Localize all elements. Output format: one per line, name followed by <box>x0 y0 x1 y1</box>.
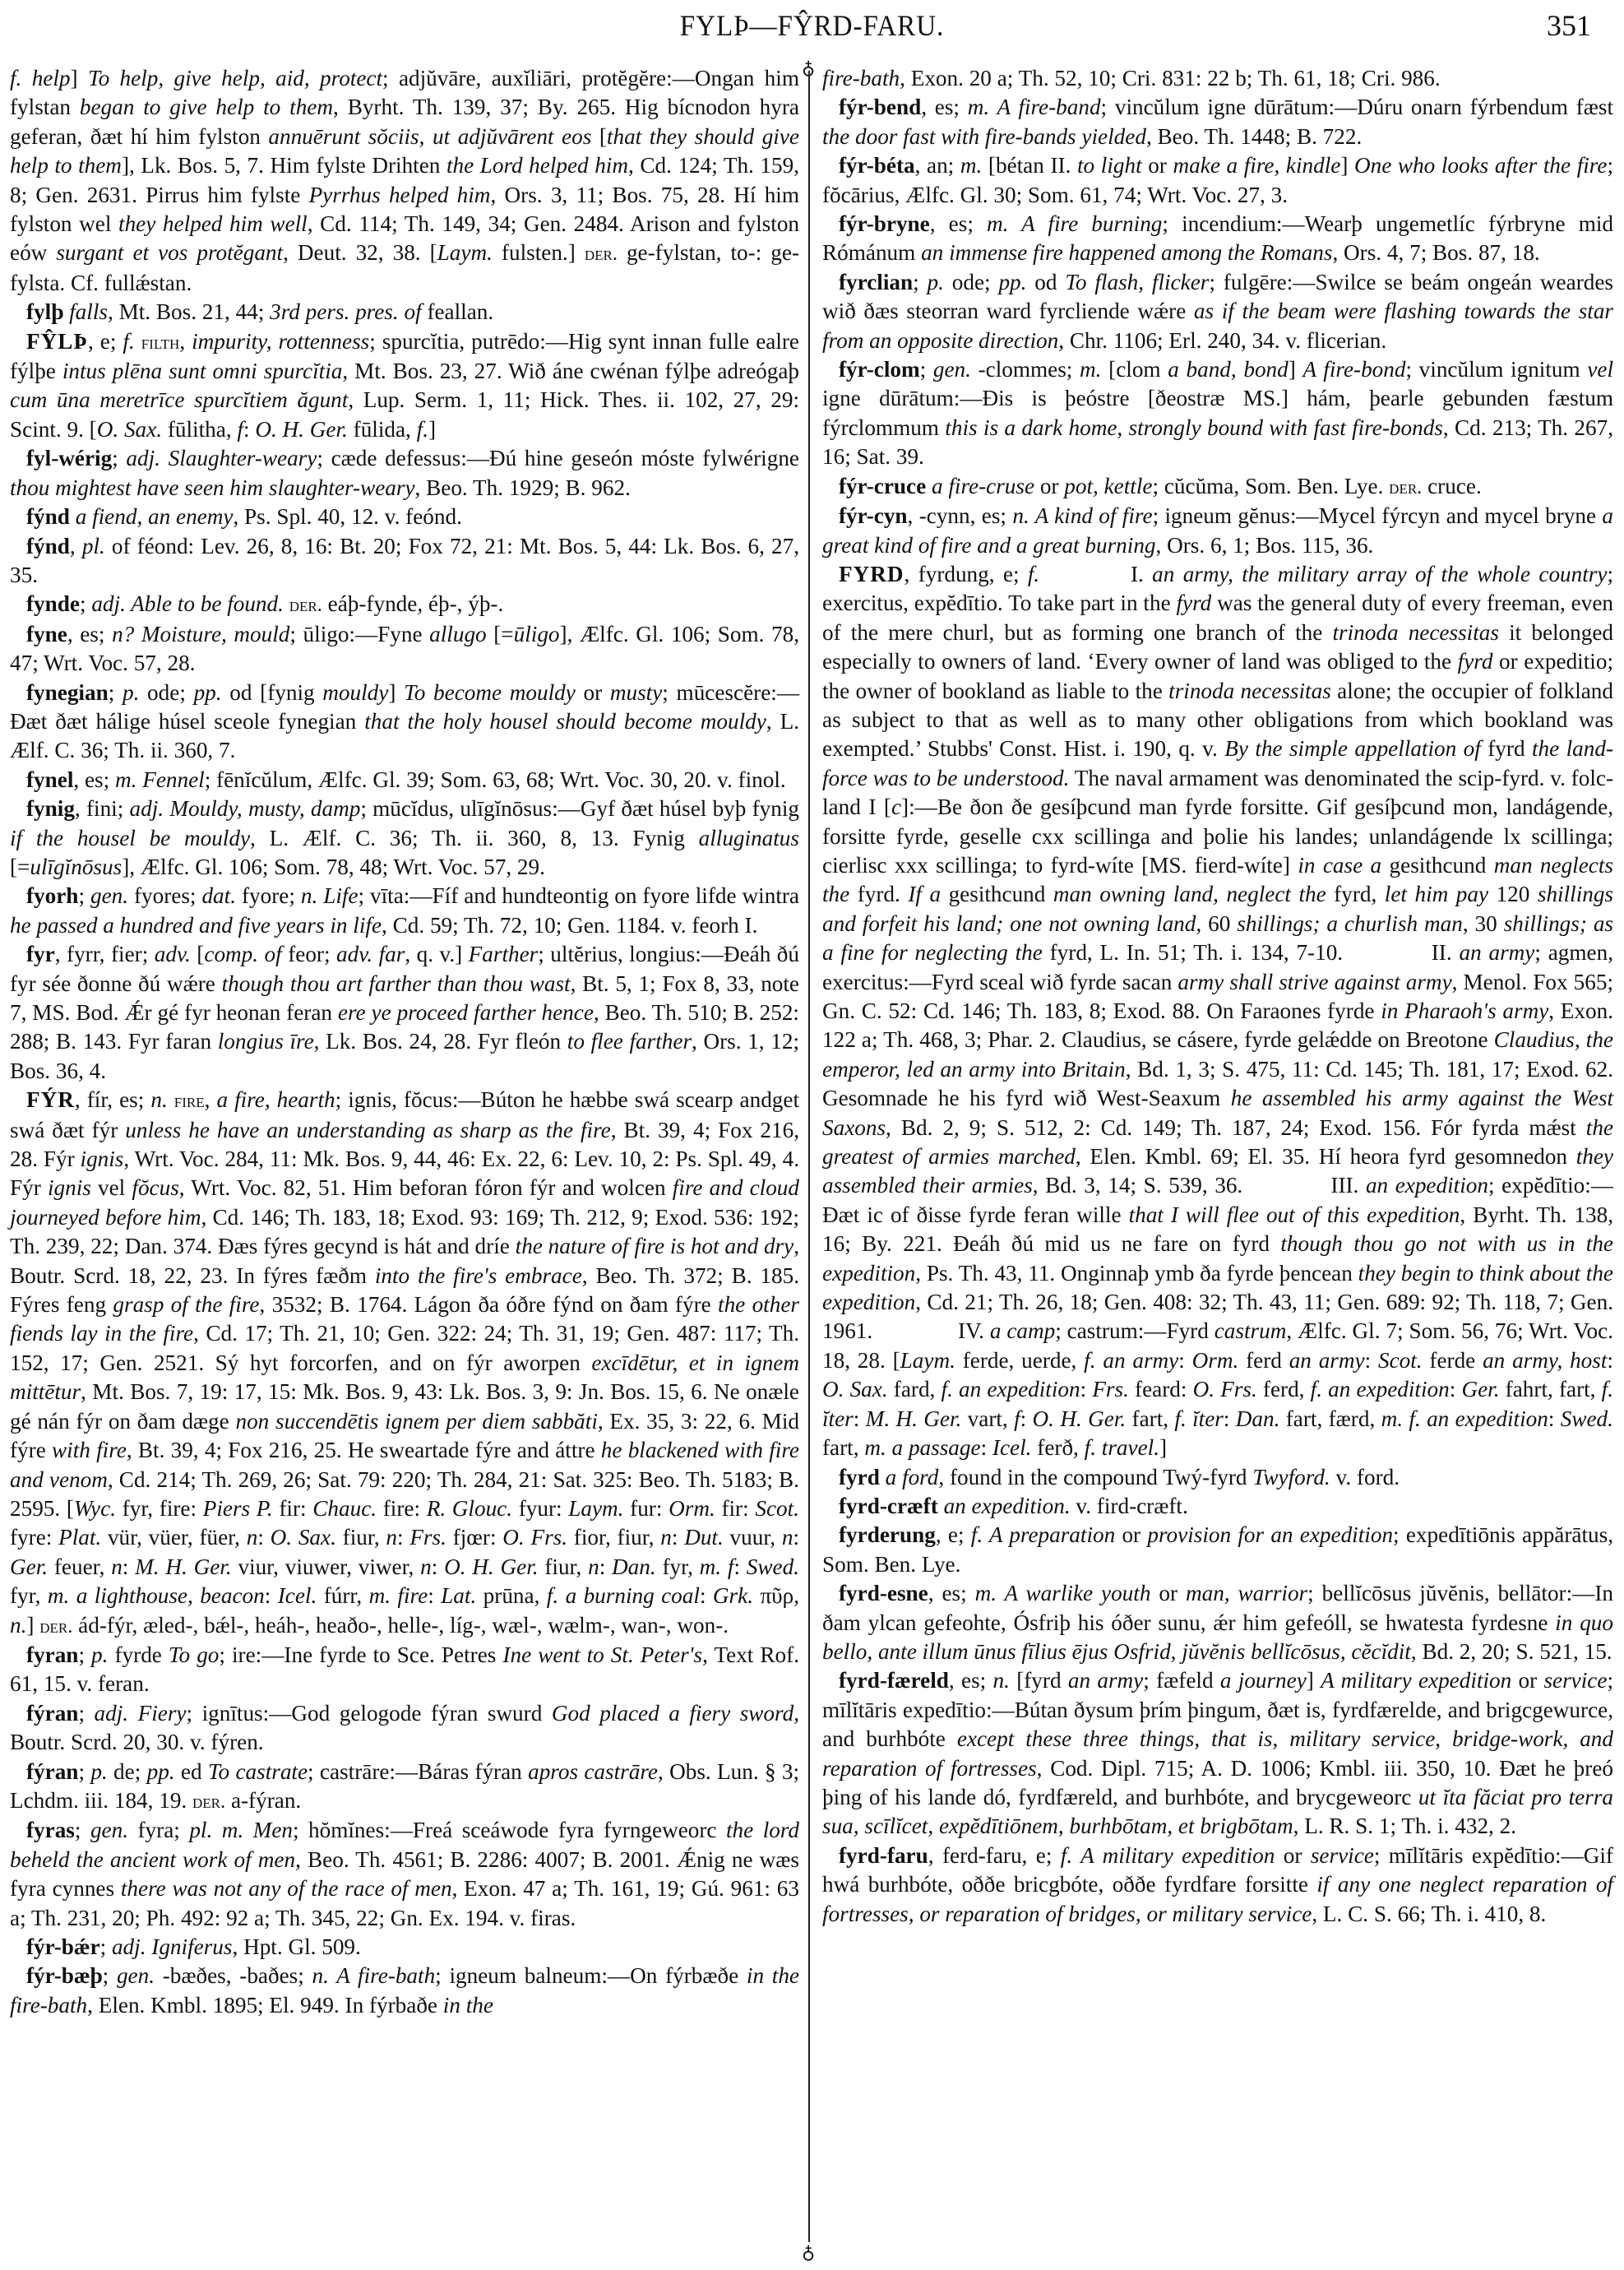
dictionary-entry-fyrd-craeft: fyrd-cræft an expedition. v. fird-cræft. <box>822 1492 1613 1521</box>
headword: fýr-béta <box>839 153 915 178</box>
dictionary-entry-fyran-go: fyran; p. fyrde To go; ire:—Ine fyrde to… <box>10 1641 799 1699</box>
headword: fyrd-færeld <box>839 1668 949 1693</box>
dictionary-entry-fyras: fyras; gen. fyra; pl. m. Men; hŏmĭnes:—F… <box>10 1816 799 1933</box>
dictionary-entry-fyrd: FYRD, fyrdung, e; f. I. an army, the mil… <box>822 560 1613 1463</box>
headword: fýnd <box>26 504 70 529</box>
headword: fylþ <box>26 299 63 324</box>
headword: fýr-cyn <box>839 503 908 528</box>
headword: fýr-bæþ <box>26 1963 103 1988</box>
headword: fynde <box>26 591 80 616</box>
dictionary-entry-fyr-bryne: fýr-bryne, es; m. A fire burning; incend… <box>822 210 1613 268</box>
dictionary-entry-fyne: fyne, es; n? Moisture, mould; ūligo:—Fyn… <box>10 620 799 679</box>
dictionary-entry-fyr-fire: FÝR, fír, es; n. fire, a fire, hearth; i… <box>10 1086 799 1641</box>
dictionary-entry-fynel: fynel, es; m. Fennel; fēnĭcŭlum, Ælfc. G… <box>10 766 799 794</box>
page-header: FYLÞ—FŶRD-FARU. 351 <box>0 8 1624 49</box>
headword: FÝR <box>26 1087 75 1112</box>
dictionary-entry-fyr-baeth: fýr-bæþ; gen. -bæðes, -baðes; n. A fire-… <box>10 1962 799 2020</box>
dictionary-entry-fyrderung: fyrderung, e; f. A preparation or provis… <box>822 1521 1613 1579</box>
dictionary-entry-fyrd-esne: fyrd-esne, es; m. A warlike youth or man… <box>822 1579 1613 1666</box>
dictionary-entry-fynde: fynde; adj. Able to be found. der. eáþ-f… <box>10 590 799 619</box>
headword: fýr-bǽr <box>26 1934 100 1959</box>
headword: fyrd-esne <box>839 1581 928 1605</box>
dictionary-entry-fyrclian: fyrclian; p. ode; pp. od To flash, flick… <box>822 268 1613 355</box>
headword: fyras <box>26 1818 75 1842</box>
page-number: 351 <box>1547 8 1591 43</box>
running-title: FYLÞ—FŶRD-FARU. <box>65 8 1559 43</box>
headword: fýnd <box>26 534 70 558</box>
dictionary-entry-fyr-cruce: fýr-cruce a fire-cruse or pot, kettle; c… <box>822 472 1613 502</box>
dictionary-entry-fynegian: fynegian; p. ode; pp. od [fynig mouldy] … <box>10 679 799 766</box>
headword: fyne <box>26 622 67 646</box>
dictionary-entry-fynig: fynig, fini; adj. Mouldy, musty, damp; m… <box>10 794 799 882</box>
dictionary-entry-fylth: fylþ falls, Mt. Bos. 21, 44; 3rd pers. p… <box>10 298 799 327</box>
column-divider <box>808 71 810 2242</box>
dictionary-entry-fyr-bend: fýr-bend, es; m. A fire-band; vincŭlum i… <box>822 93 1613 151</box>
headword: fynig <box>26 796 75 821</box>
headword: fyrclian <box>839 270 913 294</box>
headword: fyrderung <box>839 1522 936 1547</box>
dictionary-entry-fyrd-faereld: fyrd-færeld, es; n. [fyrd an army; fæfel… <box>822 1666 1613 1841</box>
dictionary-entry-fyr-cyn: fýr-cyn, -cynn, es; n. A kind of fire; i… <box>822 502 1613 560</box>
headword: fýr-bryne <box>839 211 930 236</box>
headword: fýr-cruce <box>839 474 926 498</box>
dictionary-entry-fynd-pl: fýnd, pl. of féond: Lev. 26, 8, 16: Bt. … <box>10 532 799 591</box>
headword: fýran <box>26 1701 78 1726</box>
headword: fyran <box>26 1642 78 1667</box>
headword: fynegian <box>26 680 109 705</box>
dictionary-entry-fyl-werig: fyl-wérig; adj. Slaughter-weary; cæde de… <box>10 444 799 503</box>
headword: fyorh <box>26 883 78 908</box>
headword: FŶLÞ <box>26 329 88 354</box>
column-ornament-bottom-icon: ♁ <box>802 2244 815 2262</box>
headword: fyl-wérig <box>26 446 112 470</box>
dictionary-entry-fyr-beer: fýr-bǽr; adj. Igniferus, Hpt. Gl. 509. <box>10 1933 799 1962</box>
dictionary-entry-fyran-castrate: fýran; p. de; pp. ed To castrate; castrā… <box>10 1758 799 1817</box>
headword: fyrd <box>839 1465 880 1489</box>
dictionary-entry-fyorh: fyorh; gen. fyores; dat. fyore; n. Life;… <box>10 882 799 940</box>
headword: fynel <box>26 767 73 792</box>
left-column: f. help] To help, give help, aid, protec… <box>10 64 799 2020</box>
headword: fýr-clom <box>839 357 920 382</box>
dictionary-entry-fynd-fiend: fýnd a fiend, an enemy, Ps. Spl. 40, 12.… <box>10 503 799 531</box>
dictionary-entry-fyran-fiery: fýran; adj. Fiery; ignītus:—God gelogode… <box>10 1699 799 1758</box>
dictionary-entry-fyr-clom: fýr-clom; gen. -clommes; m. [clom a band… <box>822 355 1613 472</box>
dictionary-entry-fyrd-faru: fyrd-faru, ferd-faru, e; f. A military e… <box>822 1841 1613 1929</box>
dictionary-entry-fylstan-cont: f. help] To help, give help, aid, protec… <box>10 64 799 298</box>
headword: FYRD <box>839 562 905 586</box>
headword: fyrd-cræft <box>839 1494 938 1518</box>
dictionary-entry-fyrd-ford: fyrd a ford, found in the compound Twý-f… <box>822 1463 1613 1492</box>
headword: fýran <box>26 1759 78 1784</box>
dictionary-entry-fylth-filth: FŶLÞ, e; f. filth, impurity, rottenness;… <box>10 327 799 445</box>
dictionary-entry-fyr-baeth-cont: fire-bath, Exon. 20 a; Th. 52, 10; Cri. … <box>822 64 1613 93</box>
headword: fyrd-faru <box>839 1843 928 1868</box>
headword: fýr-bend <box>839 95 921 119</box>
dictionary-entry-fyr-adv: fyr, fyrr, fier; adv. [comp. of feor; ad… <box>10 940 799 1086</box>
headword: fyr <box>26 942 55 966</box>
dictionary-entry-fyr-beta: fýr-béta, an; m. [bétan II. to light or … <box>822 151 1613 210</box>
right-column: fire-bath, Exon. 20 a; Th. 52, 10; Cri. … <box>822 64 1613 1929</box>
